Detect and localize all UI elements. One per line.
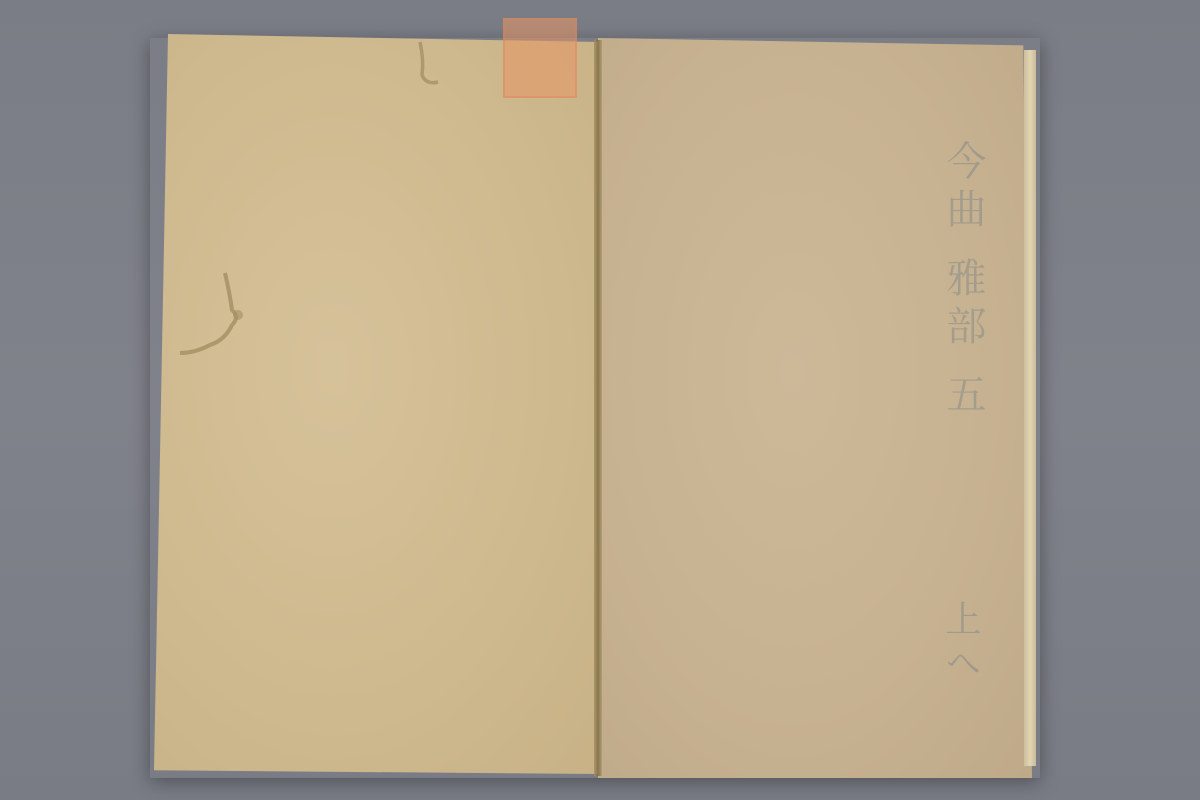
book-gutter <box>594 40 602 776</box>
ghost-text-upper: 今曲 雅部 五 <box>935 140 992 421</box>
book-photo: 今曲 雅部 五 上へ <box>0 0 1200 800</box>
water-stain <box>170 265 260 365</box>
top-stain <box>410 40 450 100</box>
ghost-text-lower: 上へ <box>935 600 986 688</box>
left-page <box>154 34 600 774</box>
page-block-edge <box>1024 50 1036 766</box>
seal-stamp-bleed <box>503 18 577 98</box>
